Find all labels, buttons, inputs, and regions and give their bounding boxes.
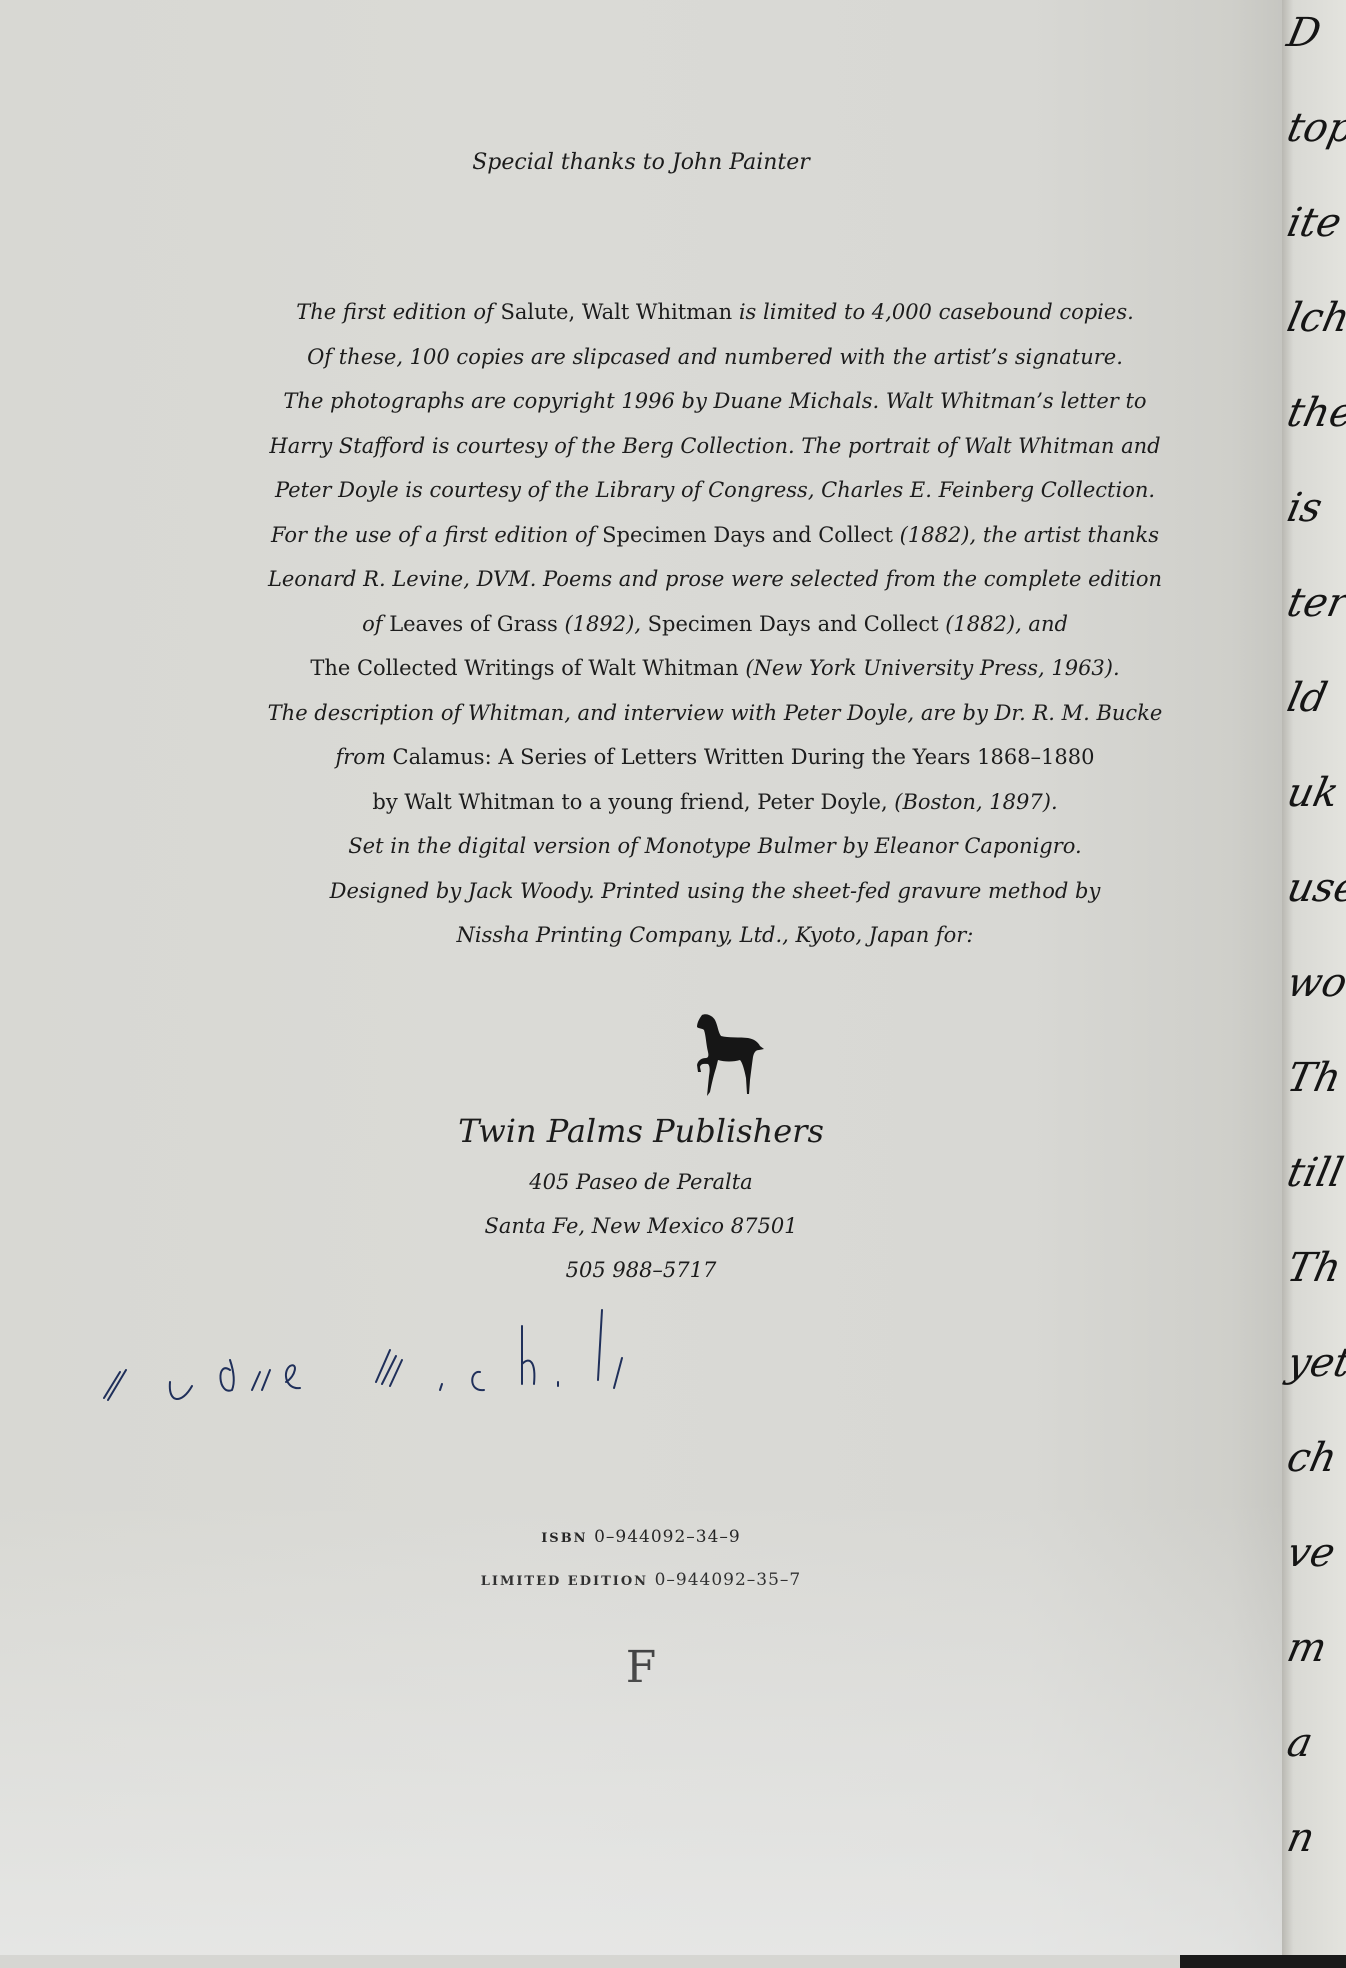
- colophon-text: The photographs are copyright 1996 by Du…: [283, 389, 1146, 413]
- colophon-text: (1882), and: [939, 612, 1068, 636]
- acknowledgment-line: Special thanks to John Painter: [0, 150, 1282, 175]
- handwriting-fragment: Th: [1283, 1055, 1345, 1101]
- colophon-line: For the use of a first edition of Specim…: [250, 513, 1180, 558]
- handwriting-fragment: uk: [1283, 770, 1343, 816]
- colophon-line: Harry Stafford is courtesy of the Berg C…: [250, 424, 1180, 469]
- colophon-text: Of these, 100 copies are slipcased and n…: [307, 345, 1123, 369]
- publisher-phone: 505 988–5717: [0, 1258, 1282, 1282]
- title-reference: by Walt Whitman to a young friend, Peter…: [372, 790, 887, 814]
- handwriting-fragment: is: [1283, 485, 1326, 531]
- handwriting-fragment: lchr: [1283, 295, 1346, 341]
- colophon-line: by Walt Whitman to a young friend, Peter…: [250, 780, 1180, 825]
- facing-handwritten-page: DtoppitelchrtheisteraldukusewoThtillThye…: [1282, 0, 1346, 1968]
- limited-edition-number: 0–944092–35–7: [655, 1570, 802, 1590]
- artist-signature: [90, 1300, 950, 1420]
- title-reference: Leaves of Grass: [389, 612, 558, 636]
- colophon-line: Peter Doyle is courtesy of the Library o…: [250, 468, 1180, 513]
- colophon-line: Leonard R. Levine, DVM. Poems and prose …: [250, 557, 1180, 602]
- colophon-page: Special thanks to John Painter The first…: [0, 0, 1282, 1955]
- handwriting-fragment: the: [1283, 390, 1346, 436]
- horse-icon: [688, 1012, 768, 1102]
- handwriting-fragment: yet: [1283, 1340, 1346, 1386]
- colophon-text: of: [362, 612, 389, 636]
- colophon-text: Peter Doyle is courtesy of the Library o…: [275, 478, 1155, 502]
- printer-mark: F: [0, 1642, 1282, 1693]
- colophon-text: Leonard R. Levine, DVM. Poems and prose …: [268, 567, 1162, 591]
- handwriting-fragment: use: [1283, 865, 1346, 911]
- colophon-line: Of these, 100 copies are slipcased and n…: [250, 335, 1180, 380]
- colophon-line: The first edition of Salute, Walt Whitma…: [250, 290, 1180, 335]
- title-reference: Calamus: A Series of Letters Written Dur…: [393, 745, 1095, 769]
- colophon-text: (Boston, 1897).: [888, 790, 1058, 814]
- publisher-address-line1: 405 Paseo de Peralta: [0, 1170, 1282, 1194]
- colophon-text: (1892),: [558, 612, 648, 636]
- colophon-text: (1882), the artist thanks: [893, 523, 1159, 547]
- colophon-text: Nissha Printing Company, Ltd., Kyoto, Ja…: [457, 923, 974, 947]
- colophon-line: of Leaves of Grass (1892), Specimen Days…: [250, 602, 1180, 647]
- colophon-text: Set in the digital version of Monotype B…: [348, 834, 1081, 858]
- title-reference: The Collected Writings of Walt Whitman: [310, 656, 738, 680]
- colophon-text: Designed by Jack Woody. Printed using th…: [330, 879, 1101, 903]
- title-reference: Specimen Days and Collect: [602, 523, 893, 547]
- title-reference: Salute, Walt Whitman: [500, 300, 732, 324]
- colophon-text: Harry Stafford is courtesy of the Berg C…: [269, 434, 1160, 458]
- colophon-text: is limited to 4,000 casebound copies.: [732, 300, 1134, 324]
- colophon-text: The first edition of: [296, 300, 500, 324]
- colophon-text: The description of Whitman, and intervie…: [268, 701, 1163, 725]
- colophon-text: from: [336, 745, 393, 769]
- handwriting-fragment: ch: [1283, 1435, 1341, 1481]
- handwriting-fragment: tera: [1283, 580, 1346, 626]
- colophon-line: The photographs are copyright 1996 by Du…: [250, 379, 1180, 424]
- limited-edition-line: LIMITED EDITION 0–944092–35–7: [0, 1570, 1282, 1590]
- colophon-line: from Calamus: A Series of Letters Writte…: [250, 735, 1180, 780]
- handwriting-fragment: till: [1283, 1150, 1346, 1196]
- handwriting-fragment: wo: [1283, 960, 1346, 1006]
- handwriting-fragment: m: [1283, 1625, 1331, 1671]
- handwriting-fragment: topp: [1283, 105, 1346, 151]
- handwriting-fragment: n: [1283, 1815, 1319, 1861]
- colophon-text: (New York University Press, 1963).: [739, 656, 1120, 680]
- publisher-address-line2: Santa Fe, New Mexico 87501: [0, 1214, 1282, 1238]
- handwriting-fragment: ld: [1283, 675, 1331, 721]
- colophon-text: For the use of a first edition of: [271, 523, 602, 547]
- colophon-paragraph: The first edition of Salute, Walt Whitma…: [250, 290, 1180, 958]
- handwriting-fragment: ite: [1283, 200, 1345, 246]
- isbn-line: ISBN 0–944092–34–9: [0, 1527, 1282, 1547]
- limited-edition-label: LIMITED EDITION: [481, 1574, 648, 1589]
- handwriting-fragment: Th: [1283, 1245, 1345, 1291]
- book-edge-shadow: [1180, 1955, 1346, 1968]
- colophon-line: Designed by Jack Woody. Printed using th…: [250, 869, 1180, 914]
- isbn-number: 0–944092–34–9: [594, 1527, 741, 1547]
- publisher-name: Twin Palms Publishers: [0, 1112, 1282, 1150]
- colophon-line: Set in the digital version of Monotype B…: [250, 824, 1180, 869]
- handwriting-fragment: D: [1283, 10, 1325, 56]
- handwriting-fragment: ve: [1283, 1530, 1339, 1576]
- colophon-line: Nissha Printing Company, Ltd., Kyoto, Ja…: [250, 913, 1180, 958]
- handwriting-fragment: a: [1283, 1720, 1317, 1766]
- colophon-line: The Collected Writings of Walt Whitman (…: [250, 646, 1180, 691]
- isbn-label: ISBN: [541, 1531, 587, 1546]
- colophon-line: The description of Whitman, and intervie…: [250, 691, 1180, 736]
- title-reference: Specimen Days and Collect: [648, 612, 939, 636]
